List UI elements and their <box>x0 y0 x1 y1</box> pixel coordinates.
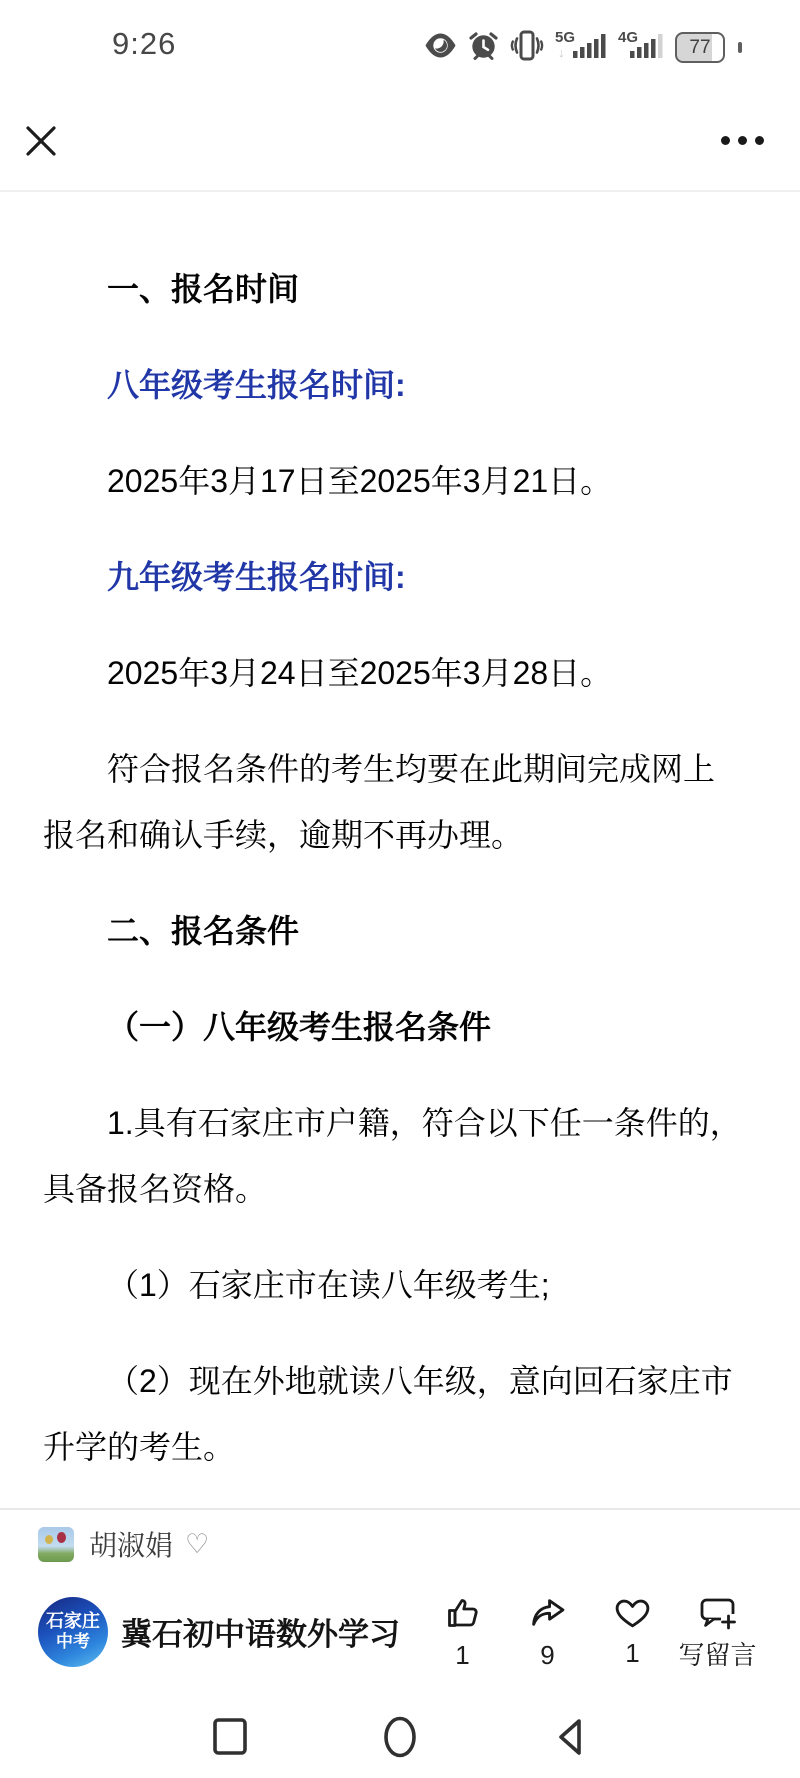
phone-screen: 9:26 <box>0 0 800 1778</box>
nav-home-button[interactable] <box>381 1714 419 1760</box>
signal-5g-icon: 5G ↓ <box>555 28 607 67</box>
nav-back-button[interactable] <box>551 1714 589 1760</box>
article-paragraph: 2025年3月17日至2025年3月21日。 <box>43 448 745 514</box>
footer-divider <box>0 1508 800 1510</box>
action-bar: 1 9 1 <box>420 1594 760 1669</box>
thumbs-up-icon <box>443 1594 482 1632</box>
clock-time: 9:26 <box>112 26 176 62</box>
network-b-label: 4G <box>618 29 638 46</box>
author-avatar <box>38 1527 74 1562</box>
article-paragraph: 2025年3月24日至2025年3月28日。 <box>43 640 745 706</box>
title-bar <box>0 100 800 192</box>
logo-text-top: 石家庄 <box>46 1611 100 1632</box>
heart-icon <box>613 1594 652 1630</box>
author-name: 胡淑娟 <box>89 1524 173 1564</box>
like-count: 1 <box>455 1641 469 1669</box>
account-logo[interactable]: 石家庄 中考 <box>38 1597 108 1667</box>
account-name[interactable]: 冀石初中语数外学习 <box>121 1609 400 1654</box>
article-paragraph: 符合报名条件的考生均要在此期间完成网上报名和确认手续，逾期不再办理。 <box>43 736 745 868</box>
battery-icon: 77 <box>675 32 725 63</box>
battery-level: 77 <box>689 37 710 59</box>
share-count: 9 <box>540 1641 554 1669</box>
status-bar: 9:26 <box>0 22 800 72</box>
signal-4g-icon: 4G <box>618 28 664 67</box>
article-paragraph: （1）石家庄市在读八年级考生; <box>43 1252 745 1318</box>
article-paragraph: （2）现在外地就读八年级，意向回石家庄市升学的考生。 <box>43 1348 745 1480</box>
status-icons: 5G ↓ 4G <box>424 28 742 67</box>
author-row[interactable]: 胡淑娟 ♡ <box>38 1524 209 1564</box>
logo-text-bottom: 中考 <box>56 1632 90 1652</box>
article-body: 一、报名时间八年级考生报名时间:2025年3月17日至2025年3月21日。九年… <box>0 192 800 1510</box>
balloon-decoration <box>57 1532 66 1543</box>
balloon-decoration <box>45 1535 53 1544</box>
comment-button[interactable]: 写留言 <box>675 1594 760 1669</box>
comment-label: 写留言 <box>678 1641 756 1669</box>
article-paragraph: 九年级考生报名时间: <box>43 544 745 610</box>
network-a-label: 5G <box>555 29 575 46</box>
share-arrow-icon <box>528 1594 567 1632</box>
article-paragraph: 一、报名时间 <box>43 256 745 322</box>
android-nav-bar <box>0 1714 800 1760</box>
svg-text:↓: ↓ <box>558 45 565 60</box>
like-button[interactable]: 1 <box>420 1594 505 1669</box>
close-icon[interactable] <box>24 124 58 158</box>
favorite-count: 1 <box>625 1639 639 1667</box>
more-menu-icon[interactable] <box>721 130 764 151</box>
article-paragraph: （一）八年级考生报名条件 <box>43 994 745 1060</box>
favorite-button[interactable]: 1 <box>590 1594 675 1669</box>
article-paragraph: 1.具有石家庄市户籍，符合以下任一条件的，具备报名资格。 <box>43 1090 745 1222</box>
share-button[interactable]: 9 <box>505 1594 590 1669</box>
alarm-icon <box>468 30 499 66</box>
comment-plus-icon <box>697 1594 738 1632</box>
account-row: 石家庄 中考 冀石初中语数外学习 1 9 <box>38 1594 760 1669</box>
eye-protection-icon <box>424 32 457 64</box>
battery-nub <box>738 42 742 53</box>
vibrate-icon <box>510 30 544 66</box>
article-paragraph: 二、报名条件 <box>43 898 745 964</box>
heart-outline-icon: ♡ <box>185 1529 209 1560</box>
nav-recents-button[interactable] <box>211 1714 249 1760</box>
article-paragraph: 八年级考生报名时间: <box>43 352 745 418</box>
